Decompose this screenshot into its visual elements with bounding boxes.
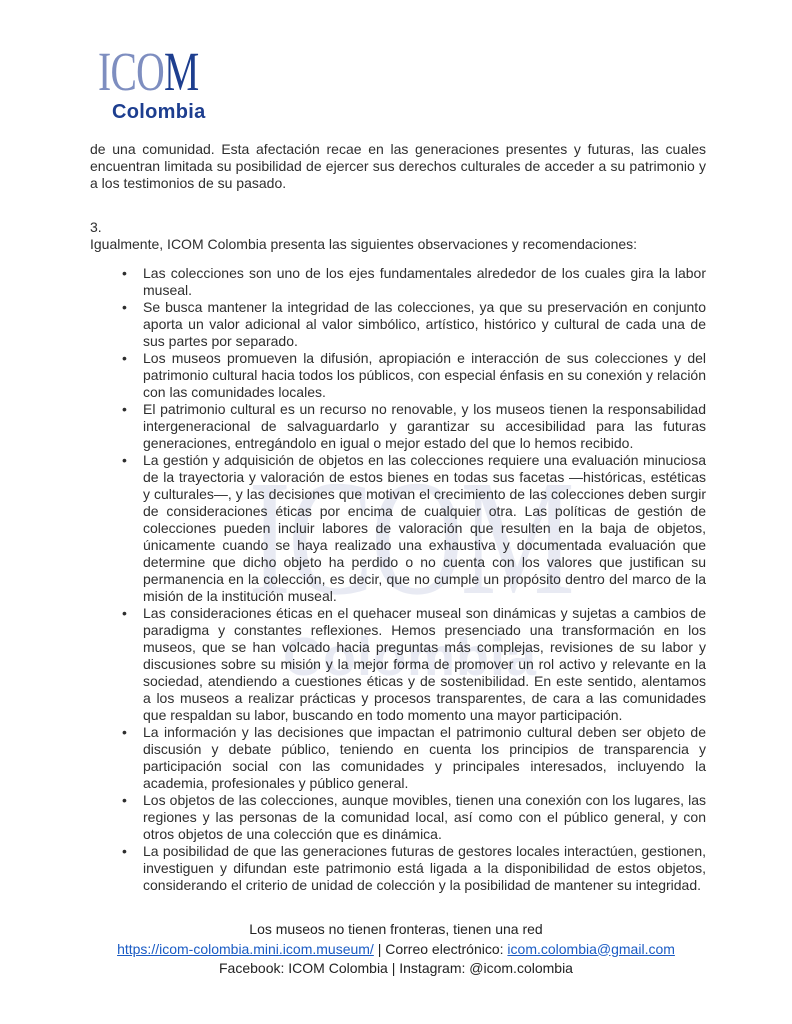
list-item: La información y las decisiones que impa… xyxy=(143,724,706,792)
list-item: El patrimonio cultural es un recurso no … xyxy=(143,401,706,452)
logo-text-m: M xyxy=(164,41,198,102)
list-item: Las consideraciones éticas en el quehace… xyxy=(143,605,706,724)
list-item: La posibilidad de que las generaciones f… xyxy=(143,843,706,894)
list-item: Los museos promueven la difusión, apropi… xyxy=(143,350,706,401)
website-link[interactable]: https://icom-colombia.mini.icom.museum/ xyxy=(117,941,374,957)
intro-line: Igualmente, ICOM Colombia presenta las s… xyxy=(90,236,706,253)
footer-tagline: Los museos no tienen fronteras, tienen u… xyxy=(0,920,792,940)
footer-links-line: https://icom-colombia.mini.icom.museum/ … xyxy=(0,940,792,960)
document-page: ICOM Colombia ICOM Colombia de una comun… xyxy=(0,0,792,1024)
logo-country-label: Colombia xyxy=(112,101,238,124)
page-footer: Los museos no tienen fronteras, tienen u… xyxy=(0,920,792,979)
email-link[interactable]: icom.colombia@gmail.com xyxy=(507,941,674,957)
logo-text-ico: ICO xyxy=(98,41,164,102)
list-item: Se busca mantener la integridad de las c… xyxy=(143,299,706,350)
list-item: Los objetos de las colecciones, aunque m… xyxy=(143,792,706,843)
observations-list: Las colecciones son uno de los ejes fund… xyxy=(90,265,706,894)
opening-paragraph: de una comunidad. Esta afectación recae … xyxy=(90,141,706,192)
list-item: La gestión y adquisición de objetos en l… xyxy=(143,452,706,605)
footer-separator: | Correo electrónico: xyxy=(374,941,508,957)
section-number: 3. xyxy=(90,219,706,236)
document-body: de una comunidad. Esta afectación recae … xyxy=(90,141,706,894)
logo-wordmark: ICOM xyxy=(98,44,199,99)
list-item: Las colecciones son uno de los ejes fund… xyxy=(143,265,706,299)
icom-colombia-logo: ICOM Colombia xyxy=(98,44,238,124)
footer-social-line: Facebook: ICOM Colombia | Instagram: @ic… xyxy=(0,959,792,979)
